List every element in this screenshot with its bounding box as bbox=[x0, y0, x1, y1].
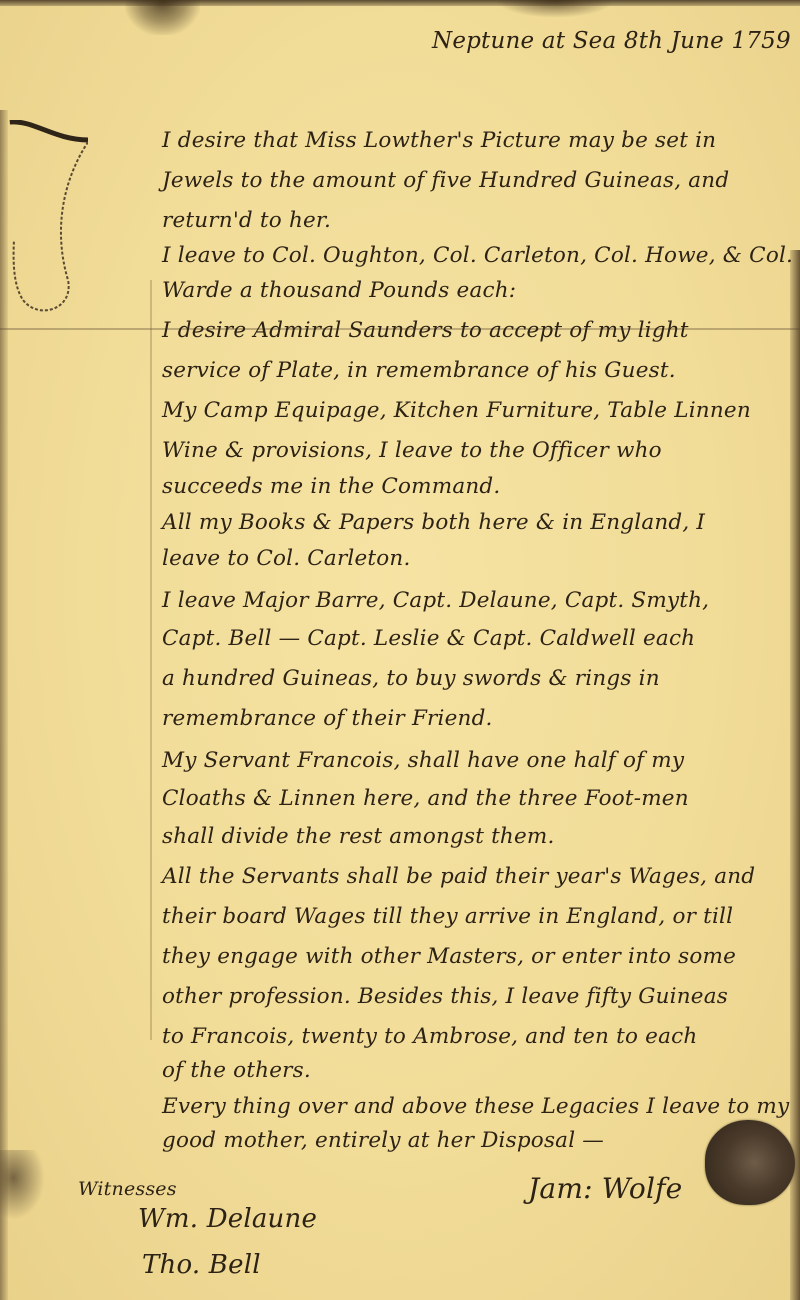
text-line: All my Books & Papers both here & in Eng… bbox=[162, 510, 705, 535]
witnesses-label: Witnesses bbox=[78, 1178, 177, 1200]
text-line: My Servant Francois, shall have one half… bbox=[162, 748, 684, 773]
text-line: to Francois, twenty to Ambrose, and ten … bbox=[162, 1024, 697, 1049]
paper-tab-outline-icon bbox=[8, 120, 88, 320]
text-line: they engage with other Masters, or enter… bbox=[162, 944, 736, 969]
text-line: other profession. Besides this, I leave … bbox=[162, 984, 728, 1009]
paper-right-edge bbox=[790, 250, 800, 1300]
text-line: a hundred Guineas, to buy swords & rings… bbox=[162, 666, 660, 691]
text-line: I desire that Miss Lowther's Picture may… bbox=[162, 128, 716, 153]
witness-signature: Wm. Delaune bbox=[138, 1204, 317, 1234]
text-line: Capt. Bell — Capt. Leslie & Capt. Caldwe… bbox=[162, 626, 695, 651]
text-line: return'd to her. bbox=[162, 208, 331, 233]
text-line: shall divide the rest amongst them. bbox=[162, 824, 555, 849]
signature: Jam: Wolfe bbox=[528, 1172, 682, 1205]
text-line: I leave Major Barre, Capt. Delaune, Capt… bbox=[162, 588, 709, 613]
text-line: Warde a thousand Pounds each: bbox=[162, 278, 516, 303]
text-line: Wine & provisions, I leave to the Office… bbox=[162, 438, 662, 463]
text-line: leave to Col. Carleton. bbox=[162, 546, 411, 571]
wax-seal-icon bbox=[705, 1120, 795, 1205]
ink-stain bbox=[125, 0, 200, 35]
corner-stain bbox=[0, 1150, 45, 1220]
text-line: of the others. bbox=[162, 1058, 311, 1083]
text-line: Every thing over and above these Legacie… bbox=[162, 1094, 789, 1119]
witness-signature: Tho. Bell bbox=[142, 1250, 261, 1280]
manuscript-page: Neptune at Sea 8th June 1759 I desire th… bbox=[0, 0, 800, 1300]
text-line: succeeds me in the Command. bbox=[162, 474, 500, 499]
paper-left-edge bbox=[0, 110, 8, 1300]
text-line: I leave to Col. Oughton, Col. Carleton, … bbox=[162, 243, 793, 268]
ink-stain bbox=[495, 0, 615, 18]
text-line: All the Servants shall be paid their yea… bbox=[162, 864, 755, 889]
paper-top-edge bbox=[0, 0, 800, 6]
text-line: I desire Admiral Saunders to accept of m… bbox=[162, 318, 689, 343]
text-line: Cloaths & Linnen here, and the three Foo… bbox=[162, 786, 689, 811]
text-line: service of Plate, in remembrance of his … bbox=[162, 358, 676, 383]
document-heading: Neptune at Sea 8th June 1759 bbox=[432, 28, 791, 54]
text-line: Jewels to the amount of five Hundred Gui… bbox=[162, 168, 729, 193]
text-line: good mother, entirely at her Disposal — bbox=[162, 1128, 604, 1153]
text-line: remembrance of their Friend. bbox=[162, 706, 493, 731]
fold-line-vertical bbox=[150, 280, 152, 1040]
text-line: their board Wages till they arrive in En… bbox=[162, 904, 733, 929]
text-line: My Camp Equipage, Kitchen Furniture, Tab… bbox=[162, 398, 751, 423]
